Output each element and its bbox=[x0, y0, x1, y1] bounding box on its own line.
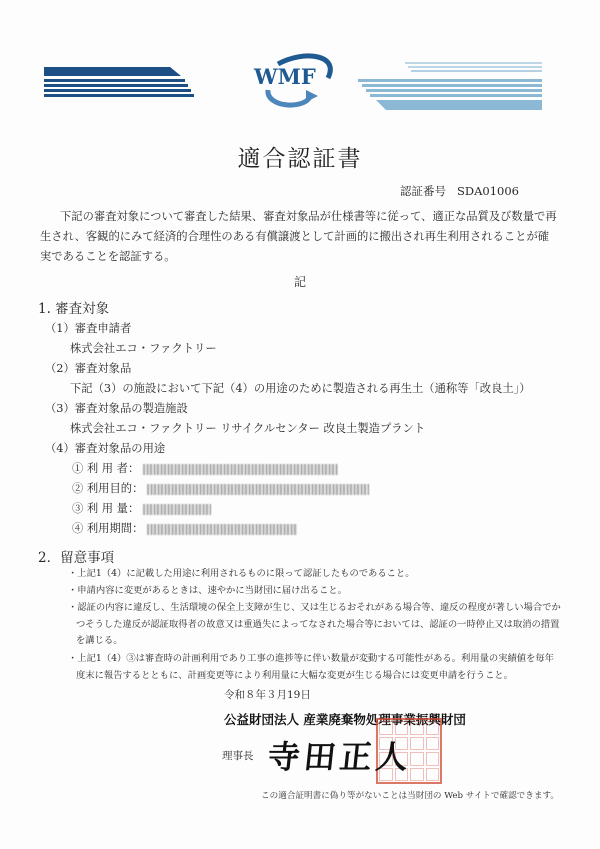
logo-text: WMF bbox=[253, 64, 316, 89]
issue-date: 令和８年３月19日 bbox=[224, 687, 311, 702]
section2-heading: 2．留意事項 bbox=[38, 546, 114, 566]
redacted-value bbox=[143, 464, 338, 475]
redacted-value bbox=[147, 524, 297, 535]
usage-row-period: ④ 利用期間： bbox=[72, 520, 297, 536]
note-1: ・上記1（4）に記載した用途に利用されるものに限って認証したものであること。 bbox=[68, 566, 553, 583]
cert-number: 認証番号 SDA01006 bbox=[400, 183, 519, 199]
redacted-value bbox=[143, 504, 211, 515]
usage-label: ③ 利 用 量： bbox=[72, 502, 139, 515]
section1-heading: 1. 審査対象 bbox=[38, 297, 109, 317]
usage-row-amount: ③ 利 用 量： bbox=[72, 500, 211, 516]
signer-name: 寺田正人 bbox=[266, 732, 415, 778]
intro-paragraph: 下記の審査対象について審査した結果、審査対象品が仕様書等に従って、適正な品質及び… bbox=[40, 207, 560, 267]
note-4: ・上記1（4）③は審査時の計画利用であり工事の進捗等に伴い数量が変動する可能性が… bbox=[68, 651, 561, 684]
footer-note: この適合証明書に偽り等がないことは当財団の Web サイトで確認できます。 bbox=[240, 789, 580, 801]
item2-value: 下記（3）の施設において下記（4）の用途のために製造される再生土（通称等「改良土… bbox=[70, 380, 531, 396]
ki-marker: 記 bbox=[0, 273, 600, 290]
signer-role: 理事長 bbox=[222, 748, 254, 763]
cert-number-label: 認証番号 bbox=[400, 184, 446, 198]
item3-value: 株式会社エコ・ファクトリー リサイクルセンター 改良土製造プラント bbox=[70, 420, 425, 436]
item4-label: （4）審査対象品の用途 bbox=[45, 440, 165, 456]
usage-row-purpose: ② 利用目的： bbox=[72, 480, 369, 496]
item1-label: （1）審査申請者 bbox=[45, 320, 131, 336]
item1-value: 株式会社エコ・ファクトリー bbox=[70, 340, 217, 356]
cert-number-value: SDA01006 bbox=[457, 184, 519, 198]
usage-row-user: ① 利 用 者： bbox=[72, 460, 338, 476]
item2-label: （2）審査対象品 bbox=[45, 360, 131, 376]
note-2: ・申請内容に変更があるときは、速やかに当財団に届け出ること。 bbox=[68, 583, 553, 600]
usage-label: ① 利 用 者： bbox=[72, 462, 139, 475]
item3-label: （3）審査対象品の製造施設 bbox=[45, 400, 188, 416]
wmf-logo: WMF bbox=[248, 52, 348, 112]
document-title: 適合認証書 bbox=[0, 140, 600, 173]
redacted-value bbox=[147, 484, 369, 495]
usage-label: ② 利用目的： bbox=[72, 482, 143, 495]
note-3: ・認証の内容に違反し、生活環境の保全上支障が生じ、又は生じるおそれがある場合等、… bbox=[68, 600, 561, 650]
usage-label: ④ 利用期間： bbox=[72, 522, 143, 535]
